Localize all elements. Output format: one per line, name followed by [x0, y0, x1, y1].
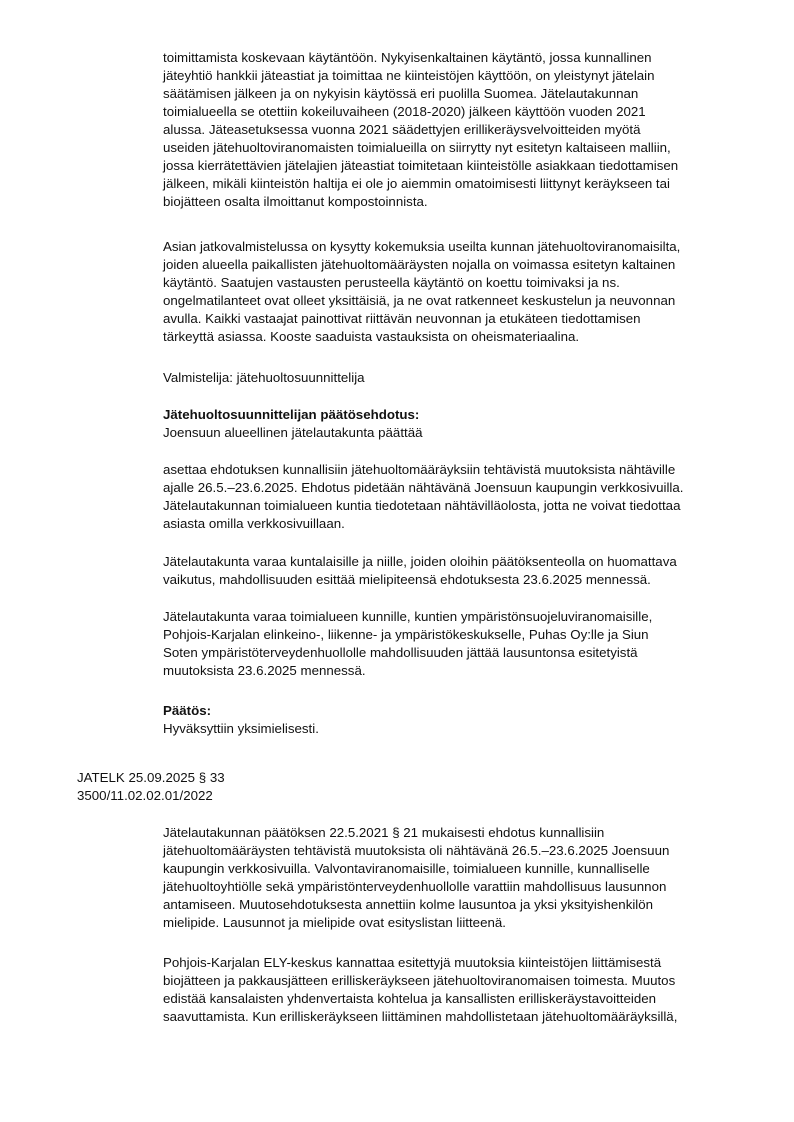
text-line: säätämisen jälkeen ja on nykyisin käytös… — [163, 85, 738, 103]
proposal-header: Jätehuoltosuunnittelijan päätösehdotus: … — [163, 406, 738, 442]
text-line: tärkeyttä asiassa. Kooste saaduista vast… — [163, 328, 738, 346]
proposal-paragraph-opinions: Jätelautakunta varaa kuntalaisille ja ni… — [163, 553, 738, 589]
text-line: asiasta omilla verkkosivuillaan. — [163, 515, 738, 533]
text-line: toimittamista koskevaan käytäntöön. Nyky… — [163, 49, 738, 67]
text-line: saavuttamista. Kun erilliskeräykseen lii… — [163, 1008, 738, 1026]
text-line: biojätteen ja pakkausjätteen erilliskerä… — [163, 972, 738, 990]
proposal-intro: Joensuun alueellinen jätelautakunta päät… — [163, 424, 738, 442]
decision: Päätös: Hyväksyttiin yksimielisesti. — [163, 702, 738, 738]
decision-text: Hyväksyttiin yksimielisesti. — [163, 720, 738, 738]
preparer-line: Valmistelija: jätehuoltosuunnittelija — [163, 369, 738, 387]
text-line: mielipide. Lausunnot ja mielipide ovat e… — [163, 914, 738, 932]
text-line: jälkeen, mikäli kiinteistön haltija ei o… — [163, 175, 738, 193]
proposal-heading: Jätehuoltosuunnittelijan päätösehdotus: — [163, 406, 738, 424]
reference-text: JATELK 25.09.2025 § 33 — [77, 769, 225, 787]
text-line: Jätelautakunta varaa kuntalaisille ja ni… — [163, 553, 738, 571]
text-line: joiden alueella paikallisten jätehuoltom… — [163, 256, 738, 274]
paragraph-survey: Asian jatkovalmistelussa on kysytty koke… — [163, 238, 738, 346]
text-line: antamiseen. Muutosehdotuksesta annettiin… — [163, 896, 738, 914]
text-line: jätehuoltoyhtiölle sekä ympäristöntervey… — [163, 878, 738, 896]
text-line: Soten ympäristöterveydenhuollolle mahdol… — [163, 644, 738, 662]
document-page: toimittamista koskevaan käytäntöön. Nyky… — [0, 0, 794, 1122]
text-line: käytäntö. Saatujen vastausten perusteell… — [163, 274, 738, 292]
text-line: avulla. Kaikki vastaajat painottivat rii… — [163, 310, 738, 328]
proposal-paragraph-display: asettaa ehdotuksen kunnallisiin jätehuol… — [163, 461, 738, 533]
paragraph-ely-statement: Pohjois-Karjalan ELY-keskus kannattaa es… — [163, 954, 738, 1026]
text-line: Jätelautakunta varaa toimialueen kunnill… — [163, 608, 738, 626]
text-line: kaupungin verkkosivuilla. Valvontavirano… — [163, 860, 738, 878]
preparer-text: Valmistelija: jätehuoltosuunnittelija — [163, 369, 738, 387]
decision-heading: Päätös: — [163, 702, 738, 720]
paragraph-consultation: Jätelautakunnan päätöksen 22.5.2021 § 21… — [163, 824, 738, 932]
text-line: alussa. Jäteasetuksessa vuonna 2021 sääd… — [163, 121, 738, 139]
proposal-paragraph-statements: Jätelautakunta varaa toimialueen kunnill… — [163, 608, 738, 680]
text-line: vaikutus, mahdollisuuden esittää mielipi… — [163, 571, 738, 589]
text-line: jossa kierrätettävien jätelajien jäteast… — [163, 157, 738, 175]
paragraph-practice-background: toimittamista koskevaan käytäntöön. Nyky… — [163, 49, 738, 211]
text-line: muutoksista 23.6.2025 mennessä. — [163, 662, 738, 680]
text-line: ongelmatilanteet ovat olleet yksittäisiä… — [163, 292, 738, 310]
text-line: ajalle 26.5.–23.6.2025. Ehdotus pidetään… — [163, 479, 738, 497]
text-line: Pohjois-Karjalan ELY-keskus kannattaa es… — [163, 954, 738, 972]
meeting-reference: JATELK 25.09.2025 § 33 3500/11.02.02.01/… — [77, 769, 225, 805]
text-line: Pohjois-Karjalan elinkeino-, liikenne- j… — [163, 626, 738, 644]
text-line: edistää kansalaisten yhdenvertaista koht… — [163, 990, 738, 1008]
text-line: biojätteen osalta ilmoittanut kompostoin… — [163, 193, 738, 211]
text-line: jäteyhtiö hankkii jäteastiat ja toimitta… — [163, 67, 738, 85]
text-line: toimialueella se otettiin kokeiluvaiheen… — [163, 103, 738, 121]
text-line: jätehuoltomääräysten tehtävistä muutoksi… — [163, 842, 738, 860]
text-line: asettaa ehdotuksen kunnallisiin jätehuol… — [163, 461, 738, 479]
record-number: 3500/11.02.02.01/2022 — [77, 787, 225, 805]
text-line: Jätelautakunnan päätöksen 22.5.2021 § 21… — [163, 824, 738, 842]
text-line: Asian jatkovalmistelussa on kysytty koke… — [163, 238, 738, 256]
text-line: useiden jätehuoltoviranomaisten toimialu… — [163, 139, 738, 157]
text-line: Jätelautakunnan toimialueen kuntia tiedo… — [163, 497, 738, 515]
